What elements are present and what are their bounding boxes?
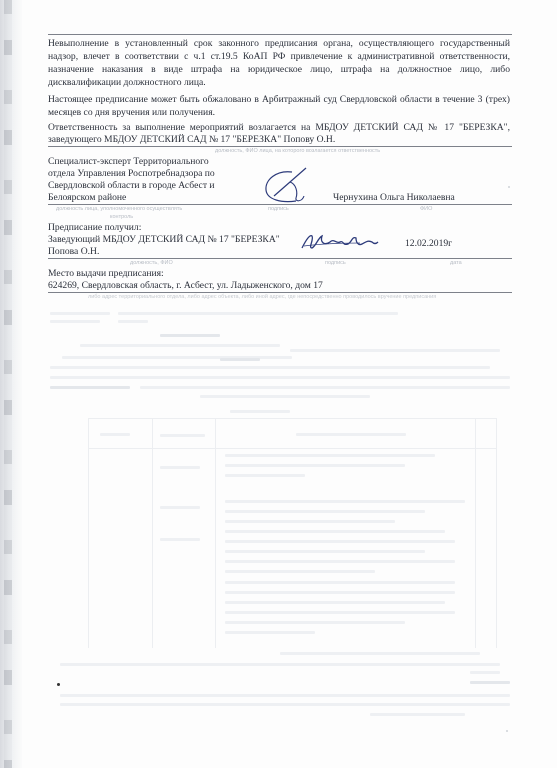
inspector-position-line-3: Свердловской области в городе Асбест и xyxy=(48,180,215,193)
receiver-name: Попова О.Н. xyxy=(48,246,99,259)
receiver-caption-position: должность, ФИО xyxy=(130,260,173,266)
scan-speck xyxy=(506,730,508,732)
responsibility-rule xyxy=(48,146,512,147)
issue-place-rule xyxy=(48,292,512,293)
receiver-rule xyxy=(48,258,512,259)
inspector-position-line-1: Специалист-эксперт Территориального xyxy=(48,156,209,169)
inspector-position-line-2: отдела Управления Роспотребнадзора по xyxy=(48,168,215,181)
responsibility-line-2: заведующего МБДОУ ДЕТСКИЙ САД № 17 "БЕРЕ… xyxy=(48,134,335,147)
scan-speck xyxy=(57,683,60,686)
receiver-position: Заведующий МБДОУ ДЕТСКИЙ САД № 17 "БЕРЕЗ… xyxy=(48,234,280,247)
inspector-caption-name: ФИО xyxy=(420,206,432,212)
liability-notice-paragraph: Невыполнение в установленный срок законн… xyxy=(48,37,510,89)
receive-date: 12.02.2019г xyxy=(405,238,452,251)
receiver-label: Предписание получил: xyxy=(48,222,141,235)
scan-speck xyxy=(508,186,510,188)
appeal-notice-paragraph: Настоящее предписание может быть обжалов… xyxy=(48,93,510,119)
inspector-rule xyxy=(48,204,512,205)
top-rule xyxy=(48,34,512,35)
responsibility-caption: должность, ФИО лица, на которого возлага… xyxy=(215,148,380,154)
inspector-signature xyxy=(262,166,324,206)
receiver-signature xyxy=(300,232,380,252)
receiver-caption-signature: подпись xyxy=(325,260,346,266)
inspector-caption-signature: подпись xyxy=(268,206,289,212)
issue-place-caption: либо адрес территориального отдела, либо… xyxy=(88,294,436,300)
receiver-caption-date: дата xyxy=(450,260,462,266)
inspector-caption-position-1: должность лица, уполномоченного осуществ… xyxy=(56,206,182,212)
issue-place-address: 624269, Свердловская область, г. Асбест,… xyxy=(48,280,323,293)
scan-edge-shadow xyxy=(0,0,22,768)
issue-place-label: Место выдачи предписания: xyxy=(48,268,164,281)
inspector-name: Чернухина Ольга Николаевна xyxy=(333,192,455,205)
inspector-caption-position-2: контроль xyxy=(110,214,133,220)
inspector-position-line-4: Белоярском районе xyxy=(48,192,126,205)
responsibility-line-1: Ответственность за выполнение мероприяти… xyxy=(48,121,510,134)
